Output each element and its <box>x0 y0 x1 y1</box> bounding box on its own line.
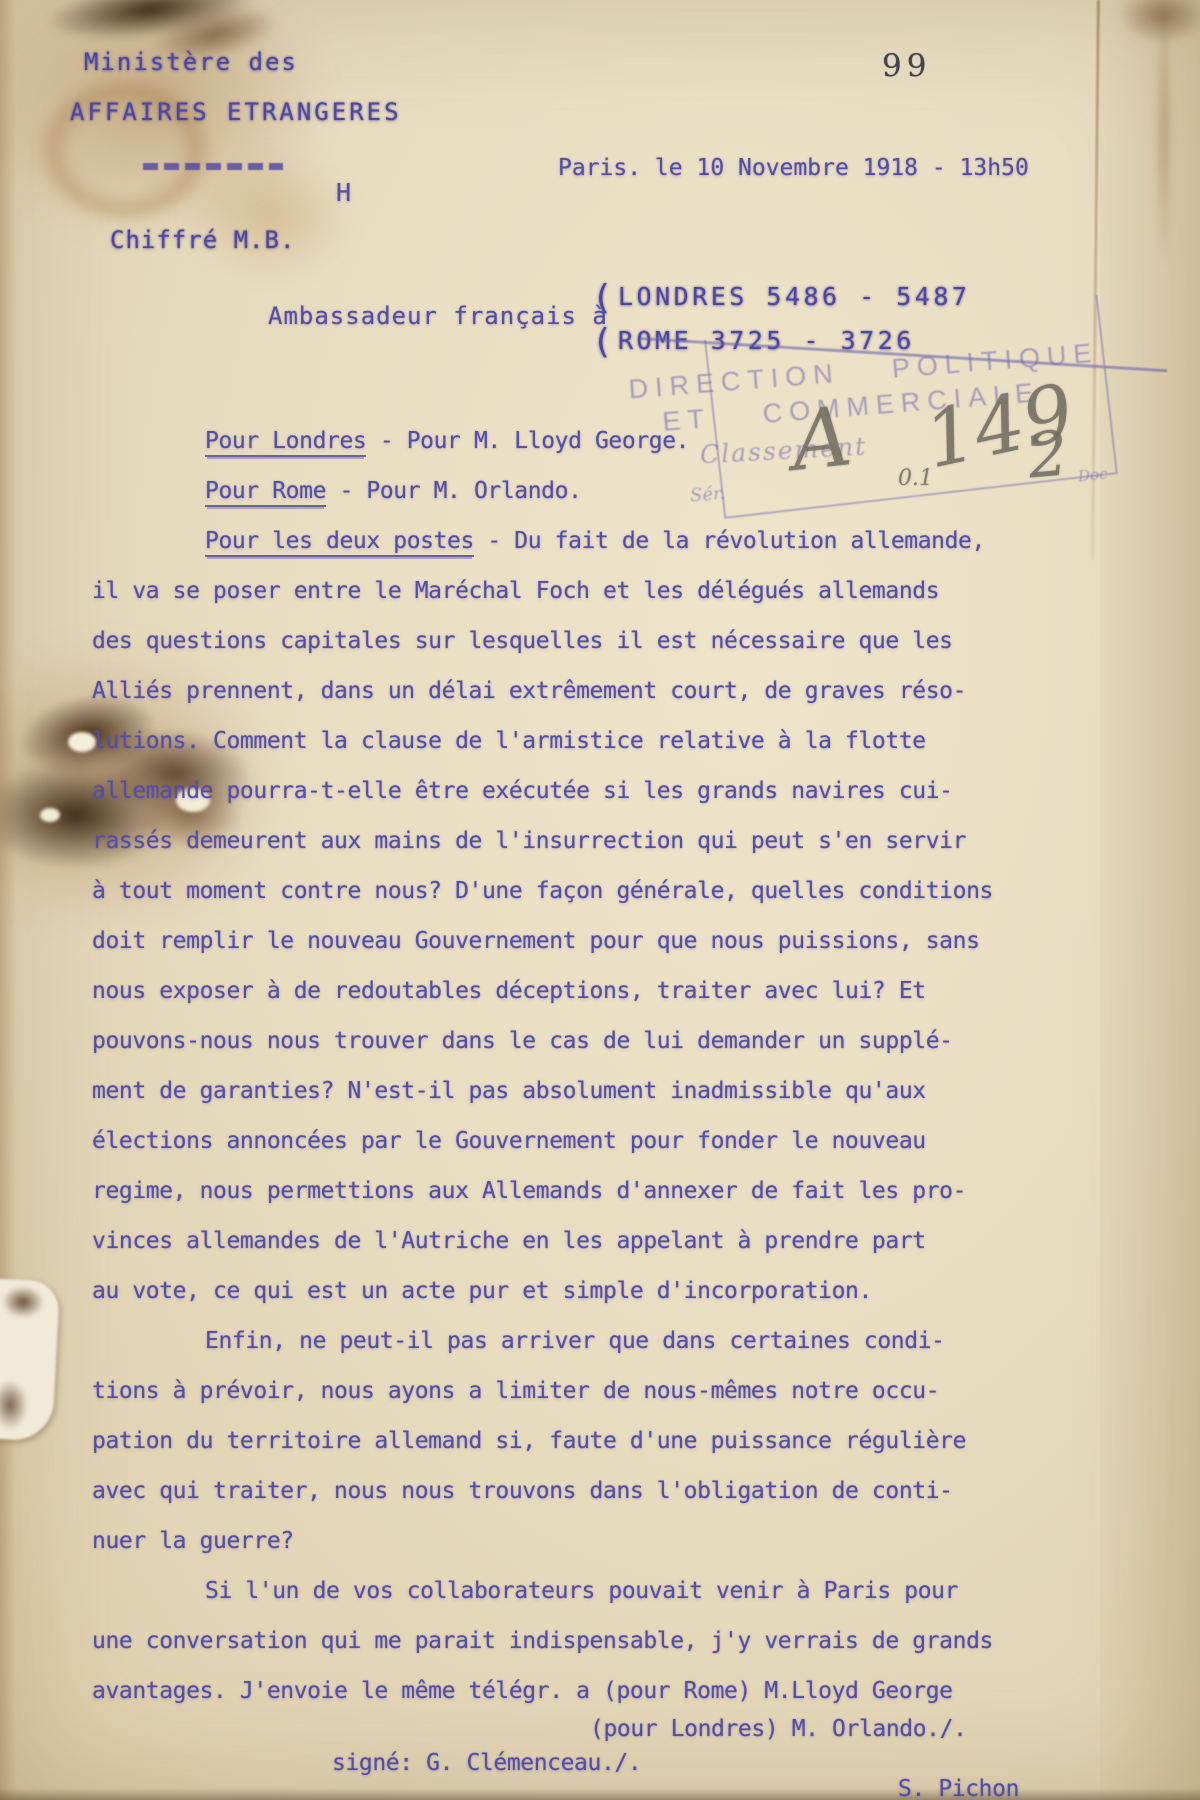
stain-ring-top-left <box>10 55 240 245</box>
body-line: au vote, ce qui est un acte pur et simpl… <box>92 1275 1092 1325</box>
dateline: Paris. le 10 Novembre 1918 - 13h50 <box>558 155 1029 181</box>
body-line: regime, nous permettions aux Allemands d… <box>92 1175 1092 1225</box>
torn-flap-bottom-left <box>0 1278 60 1441</box>
brace-icon: ( <box>592 322 616 362</box>
body-line: avec qui traiter, nous nous trouvons dan… <box>92 1475 1092 1525</box>
body-line: il va se poser entre le Maréchal Foch et… <box>92 575 1092 625</box>
body-line: Enfin, ne peut-il pas arriver que dans c… <box>92 1325 1092 1375</box>
burn-hole-3 <box>40 808 60 822</box>
body-line: allemande pourra-t-elle être exécutée si… <box>92 775 1092 825</box>
body-line: rassés demeurent aux mains de l'insurrec… <box>92 825 1092 875</box>
letterhead-initial: H <box>336 178 351 207</box>
destination-londres-text: LONDRES 5486 - 5487 <box>618 282 970 311</box>
underlined-phrase: Pour Rome <box>205 478 326 507</box>
addressee-label: Ambassadeur français à <box>268 302 608 330</box>
torn-corner-top-right <box>1118 0 1200 44</box>
body-line: nuer la guerre? <box>92 1525 1092 1575</box>
body-line: Pour Londres - Pour M. Lloyd George. <box>92 425 1092 475</box>
underlined-phrase: Pour les deux postes <box>205 528 474 557</box>
body-line: nous exposer à de redoutables déceptions… <box>92 975 1092 1025</box>
body-line: pation du territoire allemand si, faute … <box>92 1425 1092 1475</box>
brace-icon: ( <box>592 278 616 318</box>
telegram-body: Pour Londres - Pour M. Lloyd George.Pour… <box>92 425 1092 1725</box>
body-line: à tout moment contre nous? D'une façon g… <box>92 875 1092 925</box>
right-edge-shading <box>1100 0 1200 1800</box>
cipher-label: Chiffré M.B. <box>110 226 295 254</box>
letterhead-divider <box>143 163 283 170</box>
telegram-page: 99 Ministère des AFFAIRES ETRANGERES H P… <box>0 0 1200 1800</box>
body-line: vinces allemandes de l'Autriche en les a… <box>92 1225 1092 1275</box>
body-line: Alliés prennent, dans un délai extrêmeme… <box>92 675 1092 725</box>
burn-spot-bottom-left-2 <box>0 1380 28 1430</box>
body-line: pouvons-nous nous trouver dans le cas de… <box>92 1025 1092 1075</box>
closing-signed: signé: G. Clémenceau./. <box>332 1750 641 1776</box>
body-line: des questions capitales sur lesquelles i… <box>92 625 1092 675</box>
body-line: ment de garanties? N'est-il pas absolume… <box>92 1075 1092 1125</box>
body-line: tions à prévoir, nous ayons a limiter de… <box>92 1375 1092 1425</box>
closing-minister: S. Pichon <box>898 1776 1019 1800</box>
underlined-phrase: Pour Londres <box>205 428 366 457</box>
body-line: Pour les deux postes - Du fait de la rév… <box>92 525 1092 575</box>
letterhead-line2: AFFAIRES ETRANGERES <box>70 98 402 126</box>
page-number: 99 <box>882 48 931 84</box>
body-line: lutions. Comment la clause de l'armistic… <box>92 725 1092 775</box>
destination-londres: (LONDRES 5486 - 5487 <box>592 278 970 318</box>
body-line: doit remplir le nouveau Gouvernement pou… <box>92 925 1092 975</box>
bottom-edge-shadow <box>0 1788 1200 1800</box>
body-line: Si l'un de vos collaborateurs pouvait ve… <box>92 1575 1092 1625</box>
body-line: Pour Rome - Pour M. Orlando. <box>92 475 1092 525</box>
body-line: élections annoncées par le Gouvernement … <box>92 1125 1092 1175</box>
burn-streak-top <box>42 0 257 50</box>
page-fold-crease <box>1156 0 1172 270</box>
closing-second-addressee: (pour Londres) M. Orlando./. <box>590 1716 967 1742</box>
letterhead-line1: Ministère des <box>84 48 298 76</box>
burn-spot-bottom-left-1 <box>2 1286 44 1318</box>
body-line: une conversation qui me parait indispens… <box>92 1625 1092 1675</box>
left-edge-shading <box>0 0 16 1800</box>
